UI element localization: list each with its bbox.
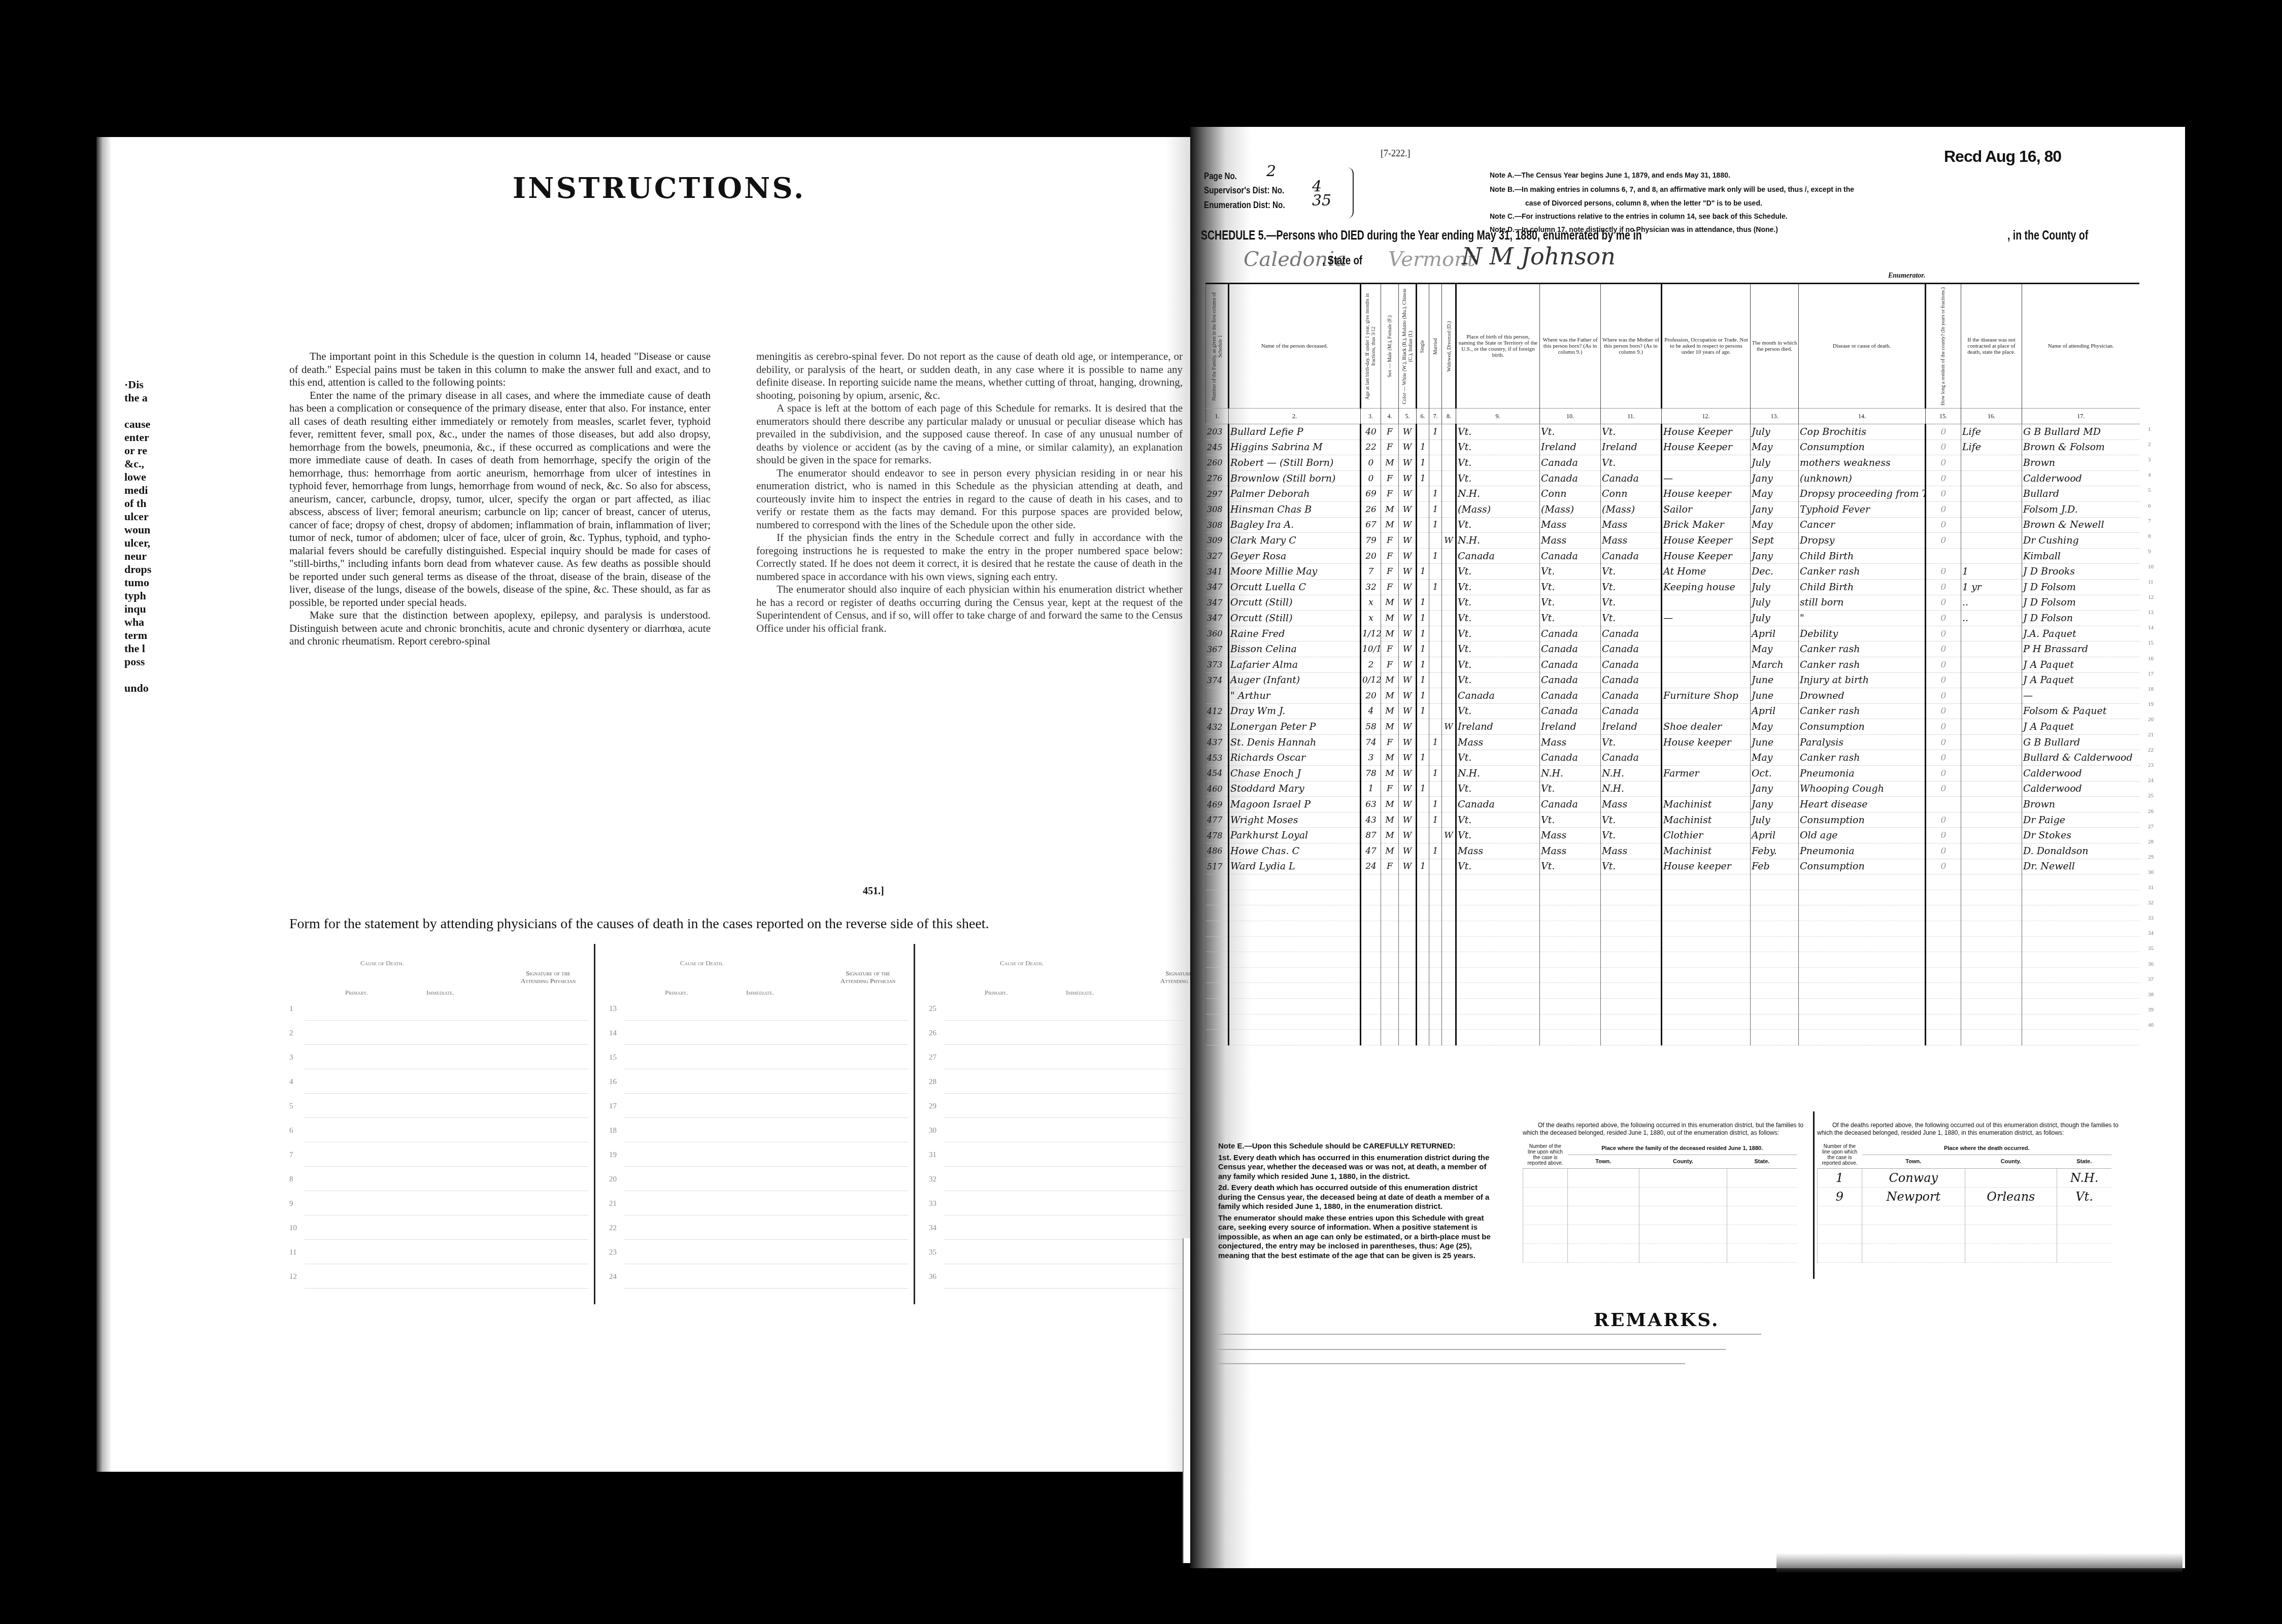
physician-form-entry-line[interactable] — [944, 1069, 1228, 1069]
cell-age[interactable]: 47 — [1361, 843, 1381, 859]
cell-color[interactable] — [1399, 874, 1417, 890]
cell-month[interactable] — [1751, 1014, 1799, 1030]
cell-widowed[interactable] — [1442, 921, 1456, 937]
cell-family[interactable]: 454 — [1206, 766, 1229, 782]
cell-contracted[interactable]: .. — [1961, 595, 2022, 611]
cell-contracted[interactable] — [1961, 936, 2022, 952]
cell-color[interactable] — [1399, 952, 1417, 968]
cell-birth[interactable]: Vt. — [1456, 611, 1540, 626]
cell-contracted[interactable] — [1961, 703, 2022, 719]
cell-married[interactable]: 1 — [1429, 843, 1442, 859]
cell-physician[interactable] — [2022, 998, 2140, 1014]
cell-father[interactable]: Vt. — [1540, 424, 1601, 440]
cell-contracted[interactable]: Life — [1961, 424, 2022, 440]
cell-physician[interactable] — [2022, 1014, 2140, 1030]
cell-name[interactable]: Richards Oscar — [1229, 750, 1361, 766]
cell-cause[interactable] — [1799, 1030, 1926, 1045]
cell-father[interactable]: Canada — [1540, 626, 1601, 641]
cell-cause[interactable]: Drowned — [1799, 688, 1926, 704]
cell-physician[interactable]: Brown & Folsom — [2022, 439, 2140, 455]
place-cell-line[interactable] — [1523, 1225, 1568, 1244]
cell-resident[interactable]: 0 — [1926, 843, 1961, 859]
cell-age[interactable]: 10/12 — [1361, 641, 1381, 657]
cell-married[interactable] — [1429, 921, 1442, 937]
cell-occupation[interactable] — [1662, 983, 1751, 999]
cell-occupation[interactable]: Machinist — [1662, 843, 1751, 859]
cell-contracted[interactable] — [1961, 517, 2022, 533]
cell-occupation[interactable]: Brick Maker — [1662, 517, 1751, 533]
cell-widowed[interactable] — [1442, 998, 1456, 1014]
cell-father[interactable]: Vt. — [1540, 859, 1601, 874]
cell-month[interactable] — [1751, 874, 1799, 890]
cell-resident[interactable] — [1926, 983, 1961, 999]
cell-married[interactable] — [1429, 781, 1442, 797]
cell-family[interactable]: 412 — [1206, 703, 1229, 719]
cell-age[interactable]: 1/12 — [1361, 626, 1381, 641]
cell-widowed[interactable] — [1442, 967, 1456, 983]
cell-age[interactable]: 24 — [1361, 859, 1381, 874]
cell-birth[interactable]: Mass — [1456, 843, 1540, 859]
cell-married[interactable] — [1429, 874, 1442, 890]
cell-occupation[interactable]: House keeper — [1662, 734, 1751, 750]
cell-birth[interactable]: N.H. — [1456, 766, 1540, 782]
cell-family[interactable]: 203 — [1206, 424, 1229, 440]
cell-contracted[interactable] — [1961, 921, 2022, 937]
cell-family[interactable]: 432 — [1206, 719, 1229, 735]
cell-family[interactable] — [1206, 983, 1229, 999]
cell-sex[interactable]: F — [1381, 579, 1399, 595]
cell-birth[interactable]: Vt. — [1456, 672, 1540, 688]
cell-physician[interactable]: Calderwood — [2022, 766, 2140, 782]
cell-resident[interactable]: 0 — [1926, 828, 1961, 843]
cell-age[interactable] — [1361, 874, 1381, 890]
cell-cause[interactable] — [1799, 967, 1926, 983]
cell-married[interactable] — [1429, 533, 1442, 549]
physician-form-entry-line[interactable] — [944, 1166, 1228, 1167]
cell-physician[interactable]: Calderwood — [2022, 470, 2140, 486]
cell-resident[interactable]: 0 — [1926, 859, 1961, 874]
cell-color[interactable]: W — [1399, 533, 1417, 549]
cell-occupation[interactable]: House keeper — [1662, 859, 1751, 874]
cell-widowed[interactable] — [1442, 750, 1456, 766]
cell-contracted[interactable] — [1961, 998, 2022, 1014]
cell-widowed[interactable] — [1442, 501, 1456, 517]
cell-physician[interactable]: Brown & Newell — [2022, 517, 2140, 533]
cell-contracted[interactable] — [1961, 967, 2022, 983]
cell-single[interactable] — [1417, 936, 1429, 952]
place-cell-town[interactable] — [1568, 1244, 1639, 1263]
cell-birth[interactable] — [1456, 921, 1540, 937]
cell-mother[interactable]: Canada — [1601, 688, 1662, 704]
cell-contracted[interactable] — [1961, 983, 2022, 999]
cell-single[interactable] — [1417, 734, 1429, 750]
cell-cause[interactable]: Canker rash — [1799, 750, 1926, 766]
physician-form-entry-line[interactable] — [624, 1288, 909, 1289]
cell-resident[interactable] — [1926, 797, 1961, 813]
cell-widowed[interactable]: W — [1442, 719, 1456, 735]
cell-family[interactable] — [1206, 967, 1229, 983]
physician-form-entry-line[interactable] — [944, 1142, 1228, 1142]
cell-sex[interactable]: F — [1381, 641, 1399, 657]
cell-mother[interactable]: Vt. — [1601, 455, 1662, 471]
cell-age[interactable]: 67 — [1361, 517, 1381, 533]
cell-month[interactable]: June — [1751, 672, 1799, 688]
physician-form-entry-line[interactable] — [624, 1191, 909, 1191]
cell-month[interactable]: Jany — [1751, 470, 1799, 486]
cell-color[interactable]: W — [1399, 595, 1417, 611]
cell-mother[interactable]: Canada — [1601, 641, 1662, 657]
cell-father[interactable]: Vt. — [1540, 564, 1601, 580]
cell-father[interactable]: Vt. — [1540, 595, 1601, 611]
place-cell-town[interactable] — [1568, 1169, 1639, 1188]
cell-widowed[interactable] — [1442, 548, 1456, 564]
cell-resident[interactable] — [1926, 548, 1961, 564]
cell-married[interactable] — [1429, 998, 1442, 1014]
cell-color[interactable]: W — [1399, 564, 1417, 580]
physician-form-entry-line[interactable] — [944, 1215, 1228, 1215]
cell-mother[interactable]: Vt. — [1601, 579, 1662, 595]
cell-sex[interactable] — [1381, 998, 1399, 1014]
cell-widowed[interactable] — [1442, 672, 1456, 688]
cell-sex[interactable]: F — [1381, 439, 1399, 455]
cell-resident[interactable]: 0 — [1926, 470, 1961, 486]
cell-contracted[interactable] — [1961, 843, 2022, 859]
cell-name[interactable]: Palmer Deborah — [1229, 486, 1361, 502]
cell-resident[interactable]: 0 — [1926, 781, 1961, 797]
place-cell-state[interactable] — [1727, 1169, 1797, 1188]
cell-father[interactable]: Canada — [1540, 688, 1601, 704]
cell-name[interactable]: Lafarier Alma — [1229, 657, 1361, 672]
cell-month[interactable]: March — [1751, 657, 1799, 672]
cell-name[interactable] — [1229, 905, 1361, 921]
cell-father[interactable] — [1540, 967, 1601, 983]
cell-widowed[interactable] — [1442, 611, 1456, 626]
cell-married[interactable]: 1 — [1429, 548, 1442, 564]
cell-father[interactable] — [1540, 905, 1601, 921]
cell-resident[interactable] — [1926, 1030, 1961, 1045]
cell-widowed[interactable] — [1442, 595, 1456, 611]
cell-resident[interactable] — [1926, 1014, 1961, 1030]
cell-family[interactable]: 347 — [1206, 579, 1229, 595]
cell-occupation[interactable]: Machinist — [1662, 797, 1751, 813]
cell-single[interactable] — [1417, 874, 1429, 890]
cell-father[interactable]: Canada — [1540, 548, 1601, 564]
cell-color[interactable]: W — [1399, 859, 1417, 874]
cell-father[interactable]: Canada — [1540, 470, 1601, 486]
cell-color[interactable]: W — [1399, 657, 1417, 672]
cell-single[interactable] — [1417, 890, 1429, 905]
cell-married[interactable]: 1 — [1429, 486, 1442, 502]
cell-occupation[interactable]: Farmer — [1662, 766, 1751, 782]
cell-married[interactable] — [1429, 657, 1442, 672]
cell-occupation[interactable]: House keeper — [1662, 486, 1751, 502]
cell-physician[interactable]: Brown — [2022, 455, 2140, 471]
cell-resident[interactable]: 0 — [1926, 812, 1961, 828]
cell-age[interactable]: 0 — [1361, 455, 1381, 471]
cell-name[interactable]: Robert — (Still Born) — [1229, 455, 1361, 471]
cell-single[interactable] — [1417, 797, 1429, 813]
cell-married[interactable] — [1429, 983, 1442, 999]
place-cell-town[interactable]: Conway — [1862, 1169, 1965, 1188]
cell-occupation[interactable] — [1662, 641, 1751, 657]
cell-sex[interactable]: F — [1381, 470, 1399, 486]
cell-physician[interactable]: G B Bullard — [2022, 734, 2140, 750]
physician-form-entry-line[interactable] — [944, 1020, 1228, 1021]
cell-name[interactable]: Dray Wm J. — [1229, 703, 1361, 719]
cell-single[interactable]: 1 — [1417, 781, 1429, 797]
cell-sex[interactable]: F — [1381, 564, 1399, 580]
cell-physician[interactable] — [2022, 936, 2140, 952]
cell-physician[interactable]: G B Bullard MD — [2022, 424, 2140, 440]
cell-occupation[interactable] — [1662, 1014, 1751, 1030]
cell-single[interactable] — [1417, 952, 1429, 968]
cell-sex[interactable]: M — [1381, 626, 1399, 641]
cell-cause[interactable]: Pneumonia — [1799, 843, 1926, 859]
cell-family[interactable]: 469 — [1206, 797, 1229, 813]
cell-widowed[interactable] — [1442, 874, 1456, 890]
place-cell-county[interactable] — [1965, 1169, 2057, 1188]
cell-age[interactable]: 4 — [1361, 703, 1381, 719]
cell-name[interactable]: Hinsman Chas B — [1229, 501, 1361, 517]
cell-month[interactable]: Feby. — [1751, 843, 1799, 859]
cell-sex[interactable] — [1381, 967, 1399, 983]
cell-sex[interactable]: F — [1381, 533, 1399, 549]
cell-cause[interactable]: (unknown) — [1799, 470, 1926, 486]
cell-physician[interactable]: J D Folsom — [2022, 595, 2140, 611]
cell-age[interactable]: x — [1361, 611, 1381, 626]
cell-cause[interactable] — [1799, 1014, 1926, 1030]
cell-contracted[interactable] — [1961, 626, 2022, 641]
cell-married[interactable] — [1429, 703, 1442, 719]
cell-contracted[interactable] — [1961, 890, 2022, 905]
cell-month[interactable] — [1751, 952, 1799, 968]
cell-cause[interactable]: Canker rash — [1799, 641, 1926, 657]
cell-mother[interactable] — [1601, 890, 1662, 905]
cell-occupation[interactable] — [1662, 703, 1751, 719]
cell-sex[interactable]: M — [1381, 688, 1399, 704]
cell-resident[interactable]: 0 — [1926, 501, 1961, 517]
physician-form-entry-line[interactable] — [305, 1264, 589, 1264]
cell-month[interactable]: Sept — [1751, 533, 1799, 549]
cell-color[interactable] — [1399, 1014, 1417, 1030]
cell-widowed[interactable] — [1442, 641, 1456, 657]
cell-month[interactable]: Jany — [1751, 501, 1799, 517]
physician-form-entry-line[interactable] — [305, 1215, 589, 1215]
cell-resident[interactable]: 0 — [1926, 719, 1961, 735]
cell-father[interactable]: Ireland — [1540, 439, 1601, 455]
cell-birth[interactable]: Vt. — [1456, 424, 1540, 440]
cell-family[interactable]: 367 — [1206, 641, 1229, 657]
physician-form-entry-line[interactable] — [305, 1191, 589, 1191]
cell-sex[interactable]: M — [1381, 611, 1399, 626]
cell-age[interactable]: 43 — [1361, 812, 1381, 828]
cell-single[interactable] — [1417, 828, 1429, 843]
cell-color[interactable]: W — [1399, 672, 1417, 688]
cell-contracted[interactable] — [1961, 486, 2022, 502]
place-cell-state[interactable] — [1727, 1225, 1797, 1244]
cell-married[interactable] — [1429, 719, 1442, 735]
cell-married[interactable] — [1429, 890, 1442, 905]
cell-cause[interactable]: Dropsy — [1799, 533, 1926, 549]
cell-father[interactable]: Mass — [1540, 517, 1601, 533]
cell-cause[interactable] — [1799, 874, 1926, 890]
cell-physician[interactable]: P H Brassard — [2022, 641, 2140, 657]
cell-father[interactable] — [1540, 890, 1601, 905]
cell-birth[interactable]: Vt. — [1456, 657, 1540, 672]
cell-widowed[interactable]: W — [1442, 533, 1456, 549]
cell-name[interactable]: " Arthur — [1229, 688, 1361, 704]
cell-widowed[interactable] — [1442, 812, 1456, 828]
cell-resident[interactable]: 0 — [1926, 455, 1961, 471]
cell-married[interactable]: 1 — [1429, 517, 1442, 533]
cell-widowed[interactable] — [1442, 688, 1456, 704]
cell-sex[interactable]: M — [1381, 812, 1399, 828]
cell-color[interactable]: W — [1399, 548, 1417, 564]
cell-birth[interactable] — [1456, 936, 1540, 952]
cell-birth[interactable]: Vt. — [1456, 828, 1540, 843]
cell-month[interactable] — [1751, 998, 1799, 1014]
cell-age[interactable] — [1361, 1030, 1381, 1045]
cell-color[interactable] — [1399, 921, 1417, 937]
cell-resident[interactable]: 0 — [1926, 439, 1961, 455]
cell-sex[interactable] — [1381, 905, 1399, 921]
cell-age[interactable]: 20 — [1361, 548, 1381, 564]
cell-age[interactable]: 22 — [1361, 439, 1381, 455]
cell-mother[interactable]: Mass — [1601, 517, 1662, 533]
cell-age[interactable]: 26 — [1361, 501, 1381, 517]
cell-resident[interactable]: 0 — [1926, 533, 1961, 549]
cell-occupation[interactable]: House Keeper — [1662, 533, 1751, 549]
cell-birth[interactable]: Vt. — [1456, 626, 1540, 641]
cell-contracted[interactable] — [1961, 1030, 2022, 1045]
cell-father[interactable]: Canada — [1540, 703, 1601, 719]
cell-color[interactable]: W — [1399, 828, 1417, 843]
cell-single[interactable] — [1417, 1030, 1429, 1045]
physician-form-entry-line[interactable] — [624, 1118, 909, 1118]
cell-mother[interactable]: Mass — [1601, 797, 1662, 813]
cell-cause[interactable]: mothers weakness — [1799, 455, 1926, 471]
cell-resident[interactable] — [1926, 998, 1961, 1014]
cell-physician[interactable]: Kimball — [2022, 548, 2140, 564]
physician-form-entry-line[interactable] — [624, 1069, 909, 1069]
cell-cause[interactable]: Heart disease — [1799, 797, 1926, 813]
place-cell-line[interactable] — [1523, 1206, 1568, 1225]
cell-sex[interactable] — [1381, 952, 1399, 968]
place-cell-county[interactable] — [1965, 1244, 2057, 1263]
cell-family[interactable]: 460 — [1206, 781, 1229, 797]
cell-married[interactable]: 1 — [1429, 797, 1442, 813]
remarks-line[interactable] — [1218, 1334, 1761, 1335]
cell-single[interactable] — [1417, 812, 1429, 828]
cell-occupation[interactable]: House Keeper — [1662, 424, 1751, 440]
cell-occupation[interactable]: House Keeper — [1662, 548, 1751, 564]
cell-color[interactable] — [1399, 998, 1417, 1014]
cell-name[interactable]: Magoon Israel P — [1229, 797, 1361, 813]
cell-family[interactable] — [1206, 1030, 1229, 1045]
cell-married[interactable] — [1429, 455, 1442, 471]
cell-sex[interactable]: M — [1381, 455, 1399, 471]
cell-cause[interactable]: " — [1799, 611, 1926, 626]
cell-cause[interactable]: Pneumonia — [1799, 766, 1926, 782]
cell-single[interactable]: 1 — [1417, 564, 1429, 580]
cell-father[interactable] — [1540, 952, 1601, 968]
remarks-line[interactable] — [1218, 1363, 1685, 1364]
cell-name[interactable]: Higgins Sabrina M — [1229, 439, 1361, 455]
cell-contracted[interactable]: Life — [1961, 439, 2022, 455]
cell-occupation[interactable]: At Home — [1662, 564, 1751, 580]
cell-occupation[interactable]: Clothier — [1662, 828, 1751, 843]
cell-single[interactable] — [1417, 905, 1429, 921]
cell-birth[interactable]: Vt. — [1456, 703, 1540, 719]
cell-father[interactable]: N.H. — [1540, 766, 1601, 782]
cell-contracted[interactable] — [1961, 828, 2022, 843]
cell-widowed[interactable] — [1442, 564, 1456, 580]
cell-occupation[interactable] — [1662, 998, 1751, 1014]
cell-occupation[interactable]: — — [1662, 611, 1751, 626]
cell-father[interactable] — [1540, 936, 1601, 952]
cell-color[interactable]: W — [1399, 439, 1417, 455]
cell-single[interactable] — [1417, 579, 1429, 595]
page-no-value[interactable]: 2 — [1266, 162, 1276, 180]
cell-sex[interactable]: M — [1381, 517, 1399, 533]
cell-resident[interactable]: 0 — [1926, 641, 1961, 657]
cell-birth[interactable]: Vt. — [1456, 455, 1540, 471]
cell-widowed[interactable] — [1442, 470, 1456, 486]
cell-single[interactable] — [1417, 501, 1429, 517]
cell-mother[interactable]: Vt. — [1601, 595, 1662, 611]
cell-cause[interactable]: Child Birth — [1799, 579, 1926, 595]
cell-contracted[interactable]: .. — [1961, 611, 2022, 626]
cell-name[interactable]: Wright Moses — [1229, 812, 1361, 828]
cell-physician[interactable]: Dr. Newell — [2022, 859, 2140, 874]
cell-widowed[interactable] — [1442, 952, 1456, 968]
cell-name[interactable]: Raine Fred — [1229, 626, 1361, 641]
cell-month[interactable] — [1751, 905, 1799, 921]
cell-married[interactable] — [1429, 952, 1442, 968]
cell-month[interactable]: July — [1751, 579, 1799, 595]
cell-contracted[interactable] — [1961, 952, 2022, 968]
cell-single[interactable]: 1 — [1417, 750, 1429, 766]
cell-color[interactable] — [1399, 905, 1417, 921]
cell-father[interactable]: Mass — [1540, 828, 1601, 843]
cell-age[interactable]: 69 — [1361, 486, 1381, 502]
cell-cause[interactable]: Paralysis — [1799, 734, 1926, 750]
cell-birth[interactable]: Vt. — [1456, 859, 1540, 874]
cell-father[interactable]: Canada — [1540, 641, 1601, 657]
cell-father[interactable]: Canada — [1540, 455, 1601, 471]
cell-month[interactable]: April — [1751, 828, 1799, 843]
cell-married[interactable] — [1429, 828, 1442, 843]
place-cell-county[interactable] — [1965, 1206, 2057, 1225]
cell-sex[interactable] — [1381, 890, 1399, 905]
physician-form-entry-line[interactable] — [305, 1093, 589, 1094]
cell-birth[interactable]: Canada — [1456, 548, 1540, 564]
cell-occupation[interactable] — [1662, 657, 1751, 672]
cell-contracted[interactable] — [1961, 859, 2022, 874]
cell-sex[interactable]: F — [1381, 734, 1399, 750]
cell-cause[interactable]: Injury at birth — [1799, 672, 1926, 688]
cell-birth[interactable] — [1456, 952, 1540, 968]
cell-color[interactable] — [1399, 890, 1417, 905]
cell-cause[interactable]: Consumption — [1799, 439, 1926, 455]
place-cell-town[interactable] — [1568, 1188, 1639, 1206]
cell-married[interactable] — [1429, 859, 1442, 874]
cell-contracted[interactable] — [1961, 734, 2022, 750]
place-cell-town[interactable]: Newport — [1862, 1188, 1965, 1206]
cell-physician[interactable]: Bullard & Calderwood — [2022, 750, 2140, 766]
cell-family[interactable] — [1206, 998, 1229, 1014]
cell-month[interactable]: May — [1751, 750, 1799, 766]
